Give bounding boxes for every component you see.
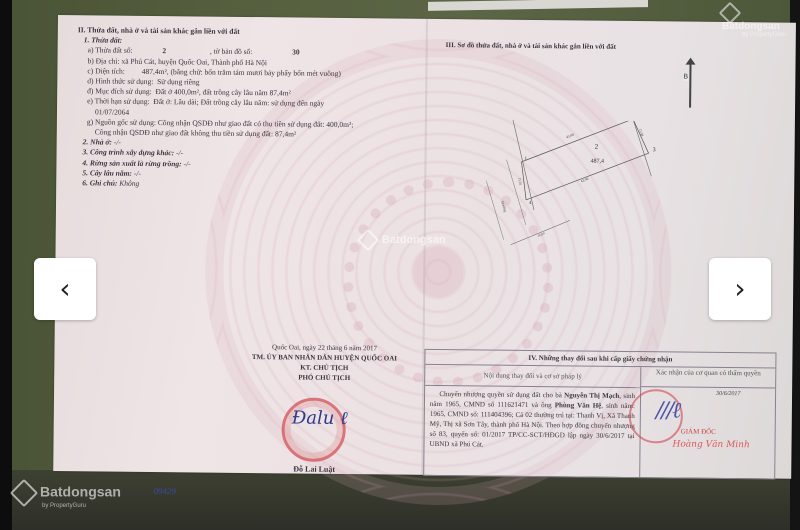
plot-svg: 1 2 3 4 2 487,4 43,98 11,08 43,98 11,01 … [485, 119, 686, 261]
change-entry: Chuyển nhượng quyền sử dụng đất cho bà N… [424, 386, 640, 454]
batdongsan-logo-icon [10, 479, 38, 507]
svg-text:3: 3 [653, 147, 656, 153]
svg-text:26,00: 26,00 [537, 231, 546, 239]
issuer-signature-block: Quốc Oai, ngày 22 tháng 6 năm 2017 TM. Ủ… [194, 341, 454, 384]
handwritten-signature: Đalu ℓ [292, 407, 348, 429]
svg-text:11,01: 11,01 [516, 177, 522, 186]
chevron-left-icon: ‹ [59, 275, 70, 303]
previous-image-button[interactable]: ‹ [34, 258, 96, 320]
north-arrow-line [689, 62, 691, 108]
svg-text:43,98: 43,98 [580, 177, 589, 185]
land-plot-diagram: 1 2 3 4 2 487,4 43,98 11,08 43,98 11,01 … [485, 119, 686, 261]
confirm-name: Hoàng Văn Minh [672, 439, 749, 450]
confirmation-column: Xác nhận của cơ quan có thẩm quyền 30/6/… [640, 367, 775, 478]
watermark-center: Batdongsan [360, 232, 446, 248]
section-iv-changes-table: IV. Những thay đổi sau khi cấp giấy chứn… [423, 349, 776, 480]
north-label: B [683, 74, 688, 81]
signer-name: Đỗ Lai Luật [293, 464, 335, 473]
col-header-confirmation: Xác nhận của cơ quan có thẩm quyền [641, 367, 775, 388]
changes-content-column: Nội dung thay đổi và cơ sở pháp lý Chuyể… [424, 365, 641, 477]
drum-center-star [413, 247, 464, 298]
svg-text:2: 2 [595, 143, 599, 151]
confirm-role: GIÁM ĐỐC [681, 428, 716, 436]
svg-text:Đường: Đường [500, 200, 508, 212]
handwritten-signature-2: ///ℓ [656, 397, 680, 423]
svg-text:11,08: 11,08 [637, 128, 644, 137]
watermark-top-right: Batdongsan by PropertyGuru [722, 5, 800, 38]
chevron-right-icon: › [734, 275, 745, 303]
next-image-button[interactable]: › [709, 258, 771, 320]
svg-text:487,4: 487,4 [590, 159, 604, 165]
batdongsan-logo-icon [357, 229, 380, 252]
col-header-content: Nội dung thay đổi và cơ sở pháp lý [425, 365, 640, 388]
svg-text:43,98: 43,98 [566, 133, 575, 141]
svg-text:4: 4 [529, 201, 532, 206]
watermark-bottom-left: Batdongsan by PropertyGuru [14, 483, 121, 509]
confirm-date: 30/6/2017 [716, 391, 740, 397]
item-notes: 6. Ghi chú: Không [76, 178, 416, 192]
background-left-edge [0, 0, 12, 530]
section-ii-land-info: II. Thửa đất, nhà ở và tài sản khác gắn … [76, 25, 418, 192]
